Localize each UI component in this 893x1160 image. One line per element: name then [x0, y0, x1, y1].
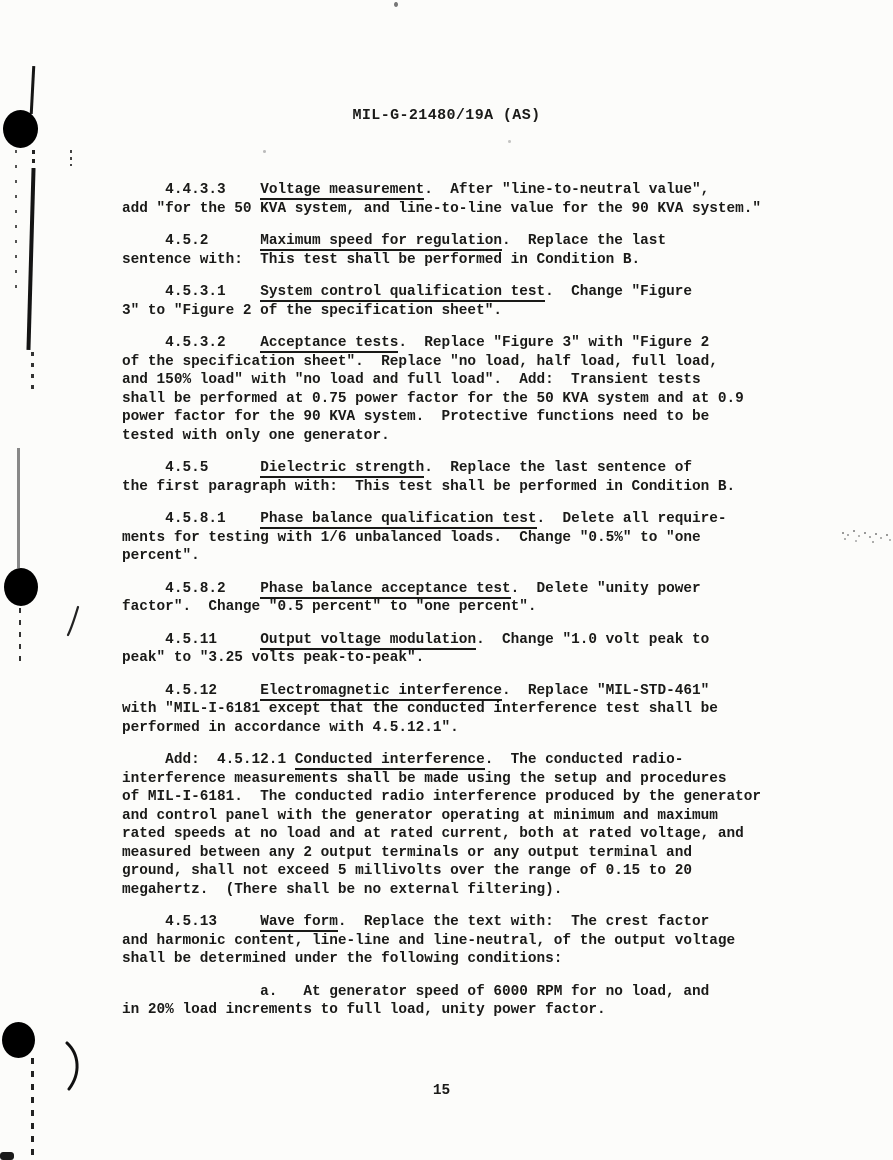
text-line: a. At generator speed of 6000 RPM for no… — [122, 983, 761, 1002]
text-line: in 20% load increments to full load, uni… — [122, 1001, 761, 1020]
text-line: ground, shall not exceed 5 millivolts ov… — [122, 862, 761, 881]
text-line: 4.5.8.2 Phase balance acceptance test. D… — [122, 580, 761, 599]
paragraph: 4.5.8.2 Phase balance acceptance test. D… — [122, 580, 761, 617]
text-line: of the specification sheet". Replace "no… — [122, 353, 761, 372]
text-line: 4.5.5 Dielectric strength. Replace the l… — [122, 459, 761, 478]
text-line: 4.5.3.1 System control qualification tes… — [122, 283, 761, 302]
text-line: add "for the 50 KVA system, and line-to-… — [122, 200, 761, 219]
margin-line — [26, 168, 35, 350]
paragraph: 4.5.3.2 Acceptance tests. Replace "Figur… — [122, 334, 761, 445]
text-line: rated speeds at no load and at rated cur… — [122, 825, 761, 844]
margin-dotted-line — [31, 1058, 34, 1160]
section-title-underlined: Phase balance qualification test — [260, 511, 536, 529]
hole-punch-icon — [2, 1022, 35, 1058]
section-title-underlined: Electromagnetic interference — [260, 683, 502, 701]
paragraph: 4.5.8.1 Phase balance qualification test… — [122, 510, 761, 566]
scan-speck — [508, 140, 511, 143]
hole-punch-icon — [4, 568, 38, 606]
document-body: 4.4.3.3 Voltage measurement. After "line… — [122, 181, 761, 1020]
text-line: and harmonic content, line-line and line… — [122, 932, 761, 951]
margin-dotted-line — [31, 352, 34, 392]
scan-smudge — [0, 1152, 14, 1160]
text-line: 4.4.3.3 Voltage measurement. After "line… — [122, 181, 761, 200]
text-line: 4.5.3.2 Acceptance tests. Replace "Figur… — [122, 334, 761, 353]
text-line: percent". — [122, 547, 761, 566]
text-line: interference measurements shall be made … — [122, 770, 761, 789]
scan-speck — [263, 150, 266, 153]
text-line: shall be performed at 0.75 power factor … — [122, 390, 761, 409]
page-number: 15 — [0, 1083, 883, 1099]
scanned-document-page: MIL-G-21480/19A (AS) 4.4.3.3 Voltage mea… — [0, 0, 893, 1160]
text-line: and control panel with the generator ope… — [122, 807, 761, 826]
text-line: 4.5.2 Maximum speed for regulation. Repl… — [122, 232, 761, 251]
text-line: with "MIL-I-6181 except that the conduct… — [122, 700, 761, 719]
text-line: of MIL-I-6181. The conducted radio inter… — [122, 788, 761, 807]
text-line: tested with only one generator. — [122, 427, 761, 446]
paragraph: 4.5.5 Dielectric strength. Replace the l… — [122, 459, 761, 496]
section-title-underlined: System control qualification test — [260, 284, 545, 302]
margin-dotted-line — [15, 150, 17, 290]
section-title-underlined: Output voltage modulation — [260, 632, 476, 650]
text-line: the first paragraph with: This test shal… — [122, 478, 761, 497]
text-line: and 150% load" with "no load and full lo… — [122, 371, 761, 390]
section-title-underlined: Maximum speed for regulation — [260, 233, 502, 251]
text-line: measured between any 2 output terminals … — [122, 844, 761, 863]
text-line: shall be determined under the following … — [122, 950, 761, 969]
text-line: peak" to "3.25 volts peak-to-peak". — [122, 649, 761, 668]
text-line: Add: 4.5.12.1 Conducted interference. Th… — [122, 751, 761, 770]
text-line: 3" to "Figure 2 of the specification she… — [122, 302, 761, 321]
paragraph: 4.5.12 Electromagnetic interference. Rep… — [122, 682, 761, 738]
text-line: 4.5.8.1 Phase balance qualification test… — [122, 510, 761, 529]
text-line: 4.5.13 Wave form. Replace the text with:… — [122, 913, 761, 932]
section-title-underlined: Dielectric strength — [260, 460, 424, 478]
margin-tick-mark — [70, 150, 72, 166]
section-title-underlined: Phase balance acceptance test — [260, 581, 510, 599]
section-title-underlined: Voltage measurement — [260, 182, 424, 200]
section-title-underlined: Wave form — [260, 914, 338, 932]
text-line: factor". Change "0.5 percent" to "one pe… — [122, 598, 761, 617]
text-line: 4.5.11 Output voltage modulation. Change… — [122, 631, 761, 650]
text-line: power factor for the 90 KVA system. Prot… — [122, 408, 761, 427]
margin-line — [17, 448, 20, 568]
paragraph: Add: 4.5.12.1 Conducted interference. Th… — [122, 751, 761, 899]
margin-dotted-line — [19, 608, 21, 663]
paragraph: 4.5.11 Output voltage modulation. Change… — [122, 631, 761, 668]
paragraph: 4.5.2 Maximum speed for regulation. Repl… — [122, 232, 761, 269]
scan-speck — [394, 2, 398, 7]
pen-slash-mark — [66, 605, 82, 637]
scan-smudge — [842, 532, 844, 534]
section-title-underlined: Acceptance tests — [260, 335, 398, 353]
text-line: ments for testing with 1/6 unbalanced lo… — [122, 529, 761, 548]
text-line: sentence with: This test shall be perfor… — [122, 251, 761, 270]
paragraph: 4.4.3.3 Voltage measurement. After "line… — [122, 181, 761, 218]
paragraph: a. At generator speed of 6000 RPM for no… — [122, 983, 761, 1020]
paragraph: 4.5.13 Wave form. Replace the text with:… — [122, 913, 761, 969]
paragraph: 4.5.3.1 System control qualification tes… — [122, 283, 761, 320]
section-title-underlined: Conducted interference — [295, 752, 485, 770]
document-title: MIL-G-21480/19A (AS) — [0, 107, 893, 124]
text-line: performed in accordance with 4.5.12.1". — [122, 719, 761, 738]
text-line: 4.5.12 Electromagnetic interference. Rep… — [122, 682, 761, 701]
text-line: megahertz. (There shall be no external f… — [122, 881, 761, 900]
